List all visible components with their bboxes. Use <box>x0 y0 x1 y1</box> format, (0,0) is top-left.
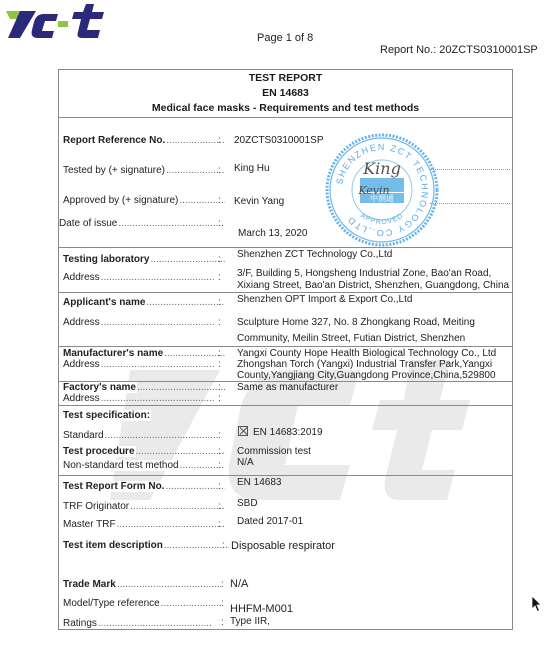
colon: : <box>218 348 221 359</box>
signature-line <box>430 169 510 170</box>
colon: : <box>221 617 224 628</box>
non-standard-value: N/A <box>237 456 254 469</box>
colon: : <box>218 446 221 457</box>
colon: : <box>218 501 221 512</box>
report-ref-label: Report Reference No.....................… <box>63 135 225 146</box>
manufacturer-address-label: Address.................................… <box>63 359 225 370</box>
colon: : <box>218 481 221 492</box>
applicant-address-label: Address.................................… <box>63 317 225 328</box>
svg-text:APPROVED: APPROVED <box>359 212 405 226</box>
colon: : <box>222 540 225 551</box>
tested-by-label: Tested by (+ signature).................… <box>63 165 225 176</box>
master-trf-value: Dated 2017-01 <box>237 515 303 528</box>
lab-address-line2: Xixiang Street, Bao'an District, Shenzhe… <box>237 279 509 292</box>
report-title: TEST REPORT <box>58 71 513 86</box>
svg-text:Kevin: Kevin <box>357 184 389 197</box>
colon: : <box>218 359 221 370</box>
test-procedure-label: Test procedure..........................… <box>63 446 225 457</box>
ratings-value: Type IIR, <box>230 615 270 628</box>
standard-value-row: EN 14683:2019 <box>238 426 323 439</box>
colon: : <box>218 297 221 308</box>
standard-label: Standard................................… <box>63 430 225 441</box>
date-of-issue-value: March 13, 2020 <box>238 227 308 240</box>
zct-logo-icon <box>6 2 110 42</box>
colon: : <box>218 382 221 393</box>
approved-by-value: Kevin Yang <box>234 195 284 208</box>
divider <box>58 475 513 476</box>
approval-stamp-icon: SHENZHEN ZCT TECHNOLOGY CO.,LTD APPROVED… <box>322 130 442 250</box>
colon: : <box>221 598 224 609</box>
non-standard-label: Non-standard test method................… <box>63 460 225 471</box>
master-trf-label: Master TRF..............................… <box>63 519 225 530</box>
divider <box>58 405 513 406</box>
report-ref-value: 20ZCTS0310001SP <box>234 134 324 147</box>
tested-by-value: King Hu <box>234 162 270 175</box>
colon: : <box>218 165 221 176</box>
report-number-header: Report No.: 20ZCTS0310001SP <box>380 44 538 56</box>
approved-by-label: Approved by (+ signature)...............… <box>63 195 225 206</box>
report-standard: EN 14683 <box>58 86 513 101</box>
standard-value: EN 14683:2019 <box>253 427 323 438</box>
colon: : <box>218 430 221 441</box>
page-number: Page 1 of 8 <box>257 32 313 44</box>
colon: : <box>218 460 221 471</box>
test-item-label: Test item description...................… <box>63 540 229 551</box>
applicant-address-line1: Sculpture Home 327, No. 8 Zhongkang Road… <box>237 316 475 329</box>
colon: : <box>218 272 221 283</box>
ratings-label: Ratings.................................… <box>63 618 221 629</box>
factory-name-label: Factory's name..........................… <box>63 382 225 393</box>
colon: : <box>218 393 221 404</box>
factory-address-label: Address.................................… <box>63 393 225 404</box>
report-title-block: TEST REPORT EN 14683 Medical face masks … <box>58 69 513 118</box>
trf-no-value: EN 14683 <box>237 476 281 489</box>
signature-line <box>430 203 510 204</box>
testing-lab-label: Testing laboratory......................… <box>63 254 225 265</box>
colon: : <box>218 195 221 206</box>
model-label: Model/Type reference....................… <box>63 598 221 609</box>
trf-originator-label: TRF Originator..........................… <box>63 501 225 512</box>
report-subtitle: Medical face masks - Requirements and te… <box>58 101 513 116</box>
trf-originator-value: SBD <box>237 497 258 510</box>
trade-mark-label: Trade Mark..............................… <box>63 579 221 590</box>
factory-name-value: Same as manufacturer <box>237 381 338 394</box>
standard-checkbox[interactable] <box>238 426 248 436</box>
trade-mark-value: N/A <box>230 578 248 591</box>
applicant-name-value: Shenzhen OPT Import & Export Co.,Ltd <box>237 293 412 306</box>
colon: : <box>218 135 221 146</box>
colon: : <box>218 218 221 229</box>
applicant-name-label: Applicant's name........................… <box>63 297 225 308</box>
test-spec-heading: Test specification: <box>63 410 225 421</box>
mouse-pointer-icon <box>531 595 543 613</box>
testing-lab-value: Shenzhen ZCT Technology Co.,Ltd <box>237 248 392 261</box>
date-of-issue-label: Date of issue...........................… <box>59 218 225 229</box>
svg-text:King: King <box>362 159 401 178</box>
colon: : <box>218 254 221 265</box>
colon: : <box>218 317 221 328</box>
lab-address-label: Address.................................… <box>63 272 225 283</box>
applicant-address-line2: Community, Meilin Street, Futian Distric… <box>237 332 465 345</box>
manufacturer-name-label: Manufacturer's name.....................… <box>63 348 225 359</box>
test-item-value: Disposable respirator <box>231 540 335 553</box>
trf-no-label: Test Report Form No.....................… <box>63 481 225 492</box>
colon: : <box>221 579 224 590</box>
colon: : <box>218 519 221 530</box>
